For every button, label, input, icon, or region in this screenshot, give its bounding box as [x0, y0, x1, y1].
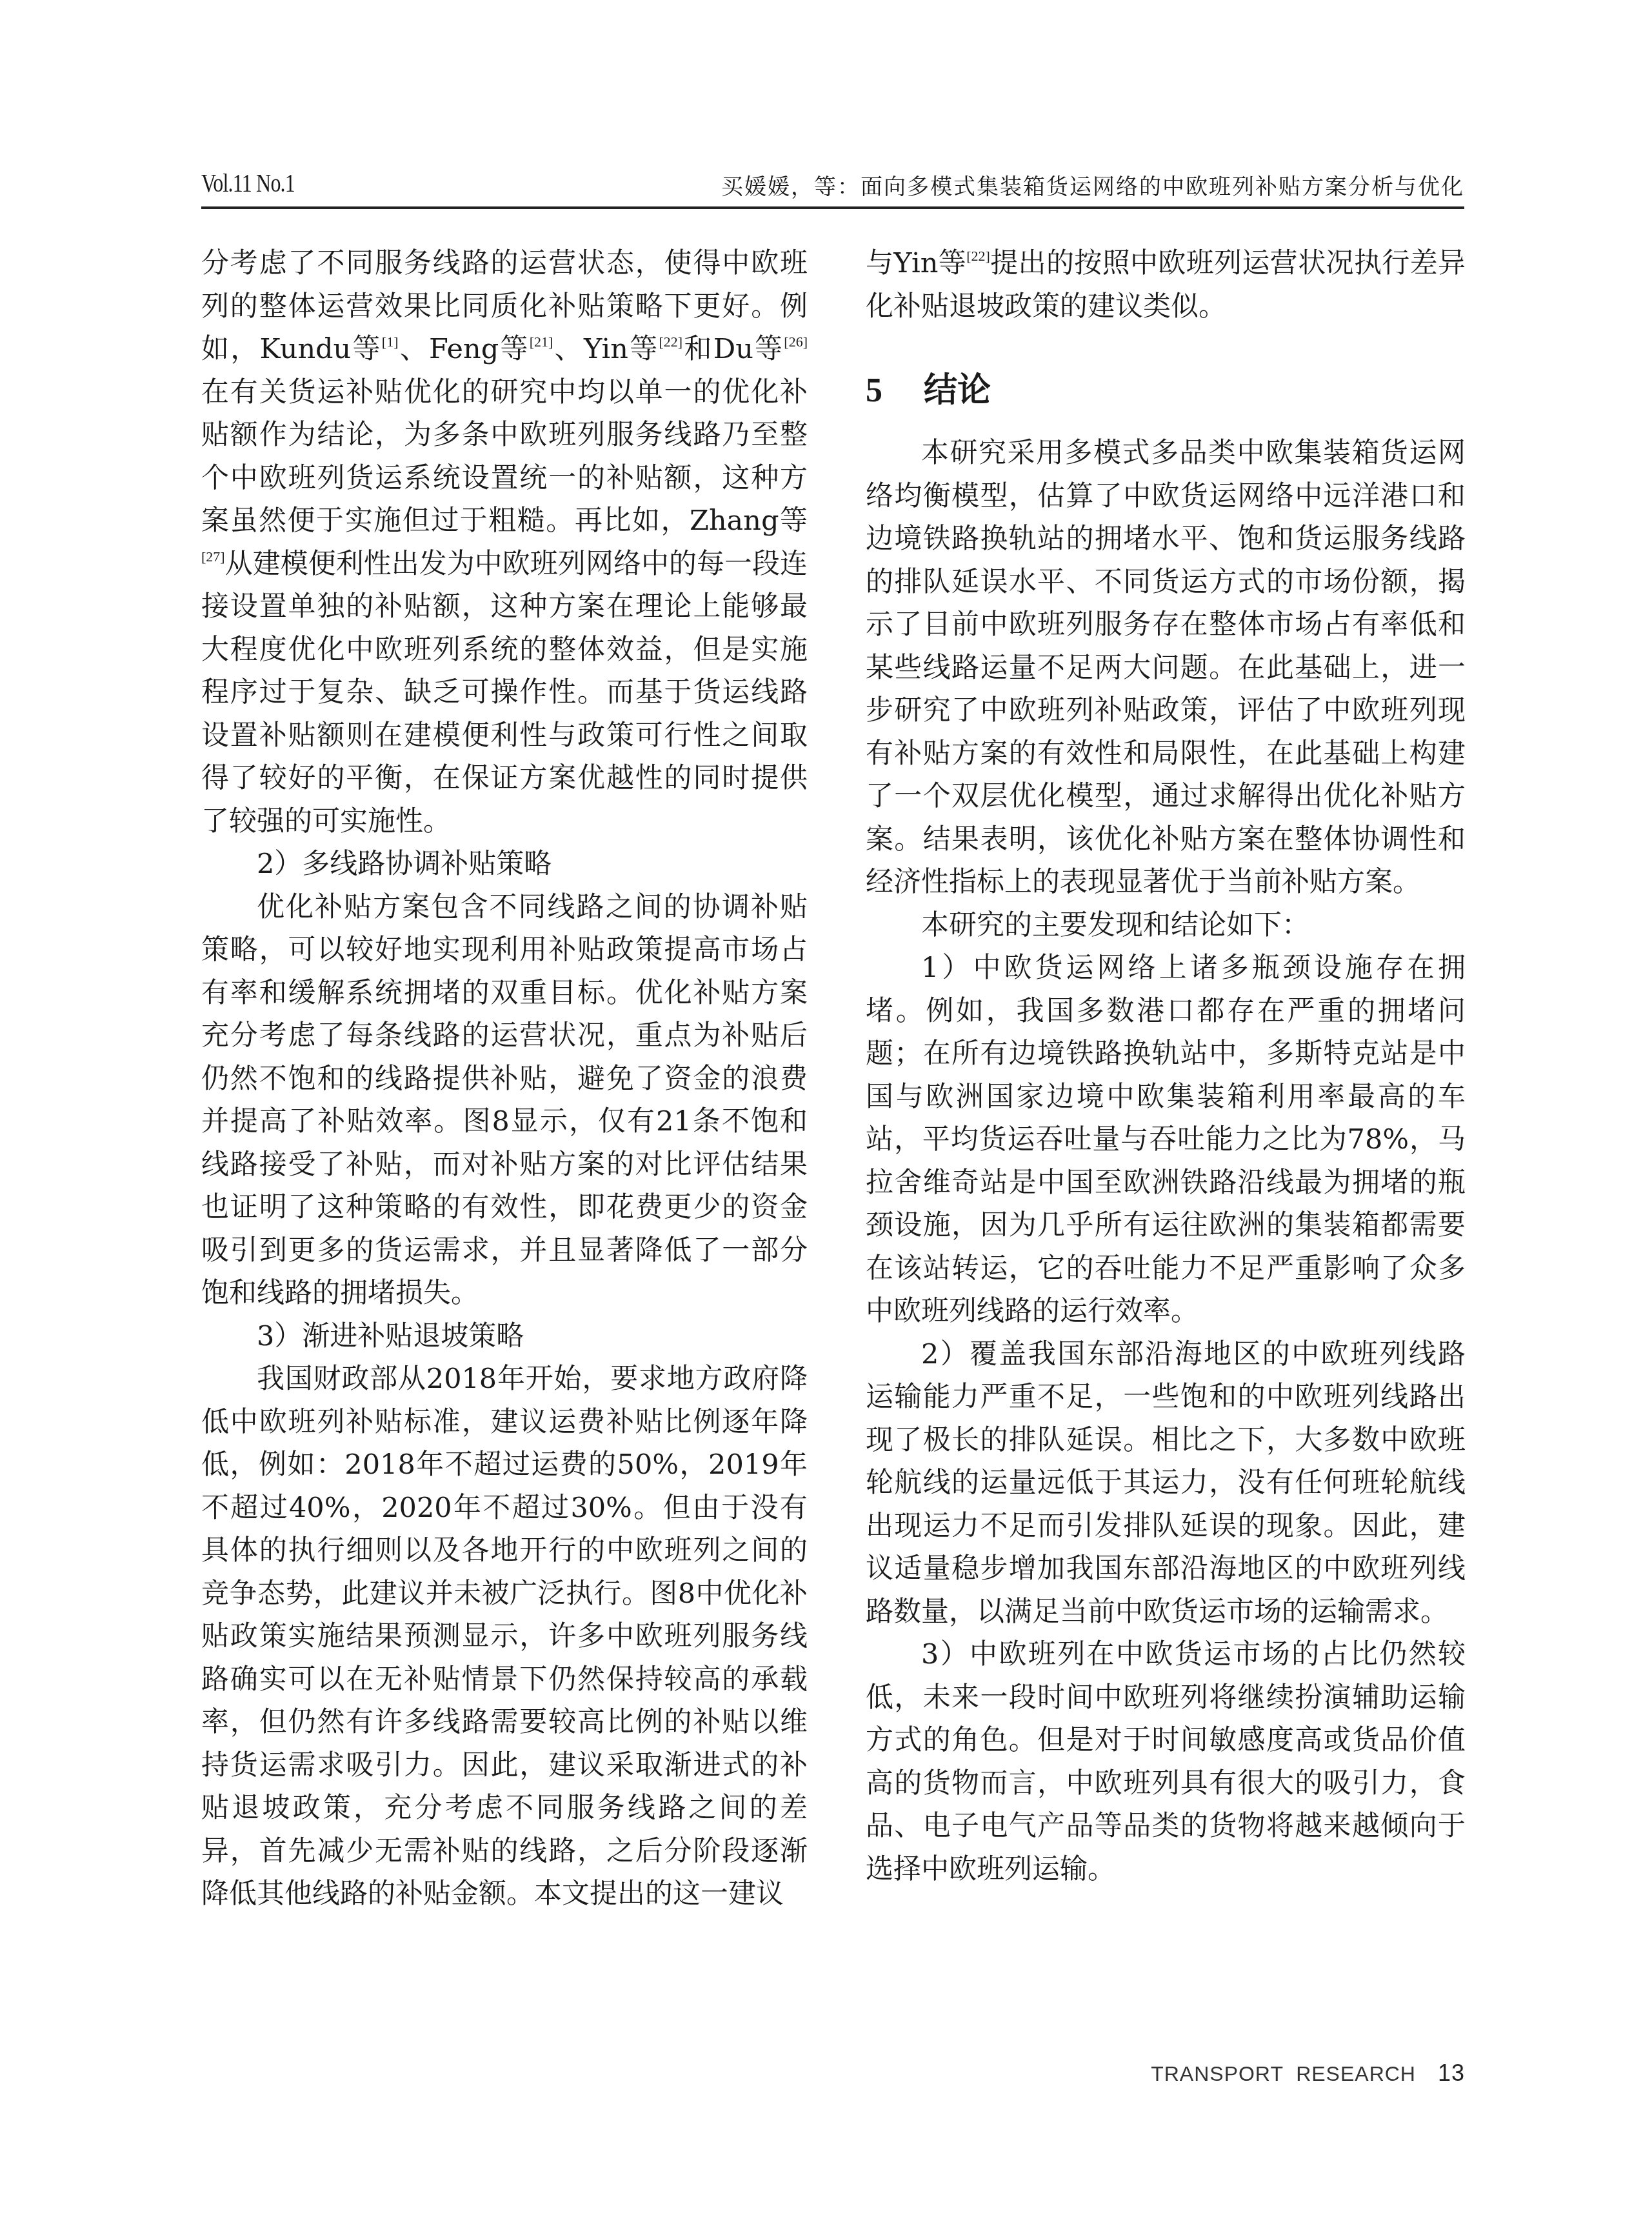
paragraph: 与Yin等[22]提出的按照中欧班列运营状况执行差异化补贴退坡政策的建议类似。 — [866, 242, 1466, 328]
citation[interactable]: [26] — [784, 334, 808, 350]
citation[interactable]: [1] — [382, 334, 399, 350]
volume-label: Vol.11 No.1 — [201, 168, 295, 198]
subheading: 3）渐进补贴退坡策略 — [201, 1315, 808, 1358]
section-title: 结论 — [924, 371, 991, 410]
running-header: Vol.11 No.1 买媛媛，等：面向多模式集装箱货运网络的中欧班列补贴方案分… — [201, 168, 1464, 208]
paragraph: 本研究的主要发现和结论如下： — [866, 904, 1466, 947]
page-number: 13 — [1438, 2060, 1465, 2086]
paragraph: 本研究采用多模式多品类中欧集装箱货运网络均衡模型，估算了中欧货运网络中远洋港口和… — [866, 432, 1466, 904]
paragraph: 我国财政部从2018年开始，要求地方政府降低中欧班列补贴标准，建议运费补贴比例逐… — [201, 1358, 808, 1916]
subheading: 2）多线路协调补贴策略 — [201, 843, 808, 886]
paragraph: 3）中欧班列在中欧货运市场的占比仍然较低，未来一段时间中欧班列将继续扮演辅助运输… — [866, 1633, 1466, 1890]
left-column: 分考虑了不同服务线路的运营状态，使得中欧班列的整体运营效果比同质化补贴策略下更好… — [201, 242, 808, 1916]
section-number: 5 — [866, 368, 924, 414]
paragraph: 2）覆盖我国东部沿海地区的中欧班列线路运输能力严重不足，一些饱和的中欧班列线路出… — [866, 1333, 1466, 1634]
journal-name: TRANSPORT RESEARCH — [1151, 2062, 1416, 2085]
citation[interactable]: [22] — [966, 248, 990, 264]
paragraph: 1）中欧货运网络上诸多瓶颈设施存在拥堵。例如，我国多数港口都存在严重的拥堵问题；… — [866, 947, 1466, 1333]
section-heading: 5结论 — [866, 368, 1466, 414]
page-footer: TRANSPORT RESEARCH13 — [1151, 2060, 1465, 2087]
citation[interactable]: [21] — [530, 334, 553, 350]
citation[interactable]: [22] — [659, 334, 682, 350]
right-column: 与Yin等[22]提出的按照中欧班列运营状况执行差异化补贴退坡政策的建议类似。 … — [866, 242, 1466, 1890]
header-rule — [201, 206, 1464, 209]
paragraph: 分考虑了不同服务线路的运营状态，使得中欧班列的整体运营效果比同质化补贴策略下更好… — [201, 242, 808, 843]
citation[interactable]: [27] — [201, 548, 225, 565]
running-title: 买媛媛，等：面向多模式集装箱货运网络的中欧班列补贴方案分析与优化 — [721, 169, 1464, 201]
paragraph: 优化补贴方案包含不同线路之间的协调补贴策略，可以较好地实现利用补贴政策提高市场占… — [201, 886, 808, 1315]
